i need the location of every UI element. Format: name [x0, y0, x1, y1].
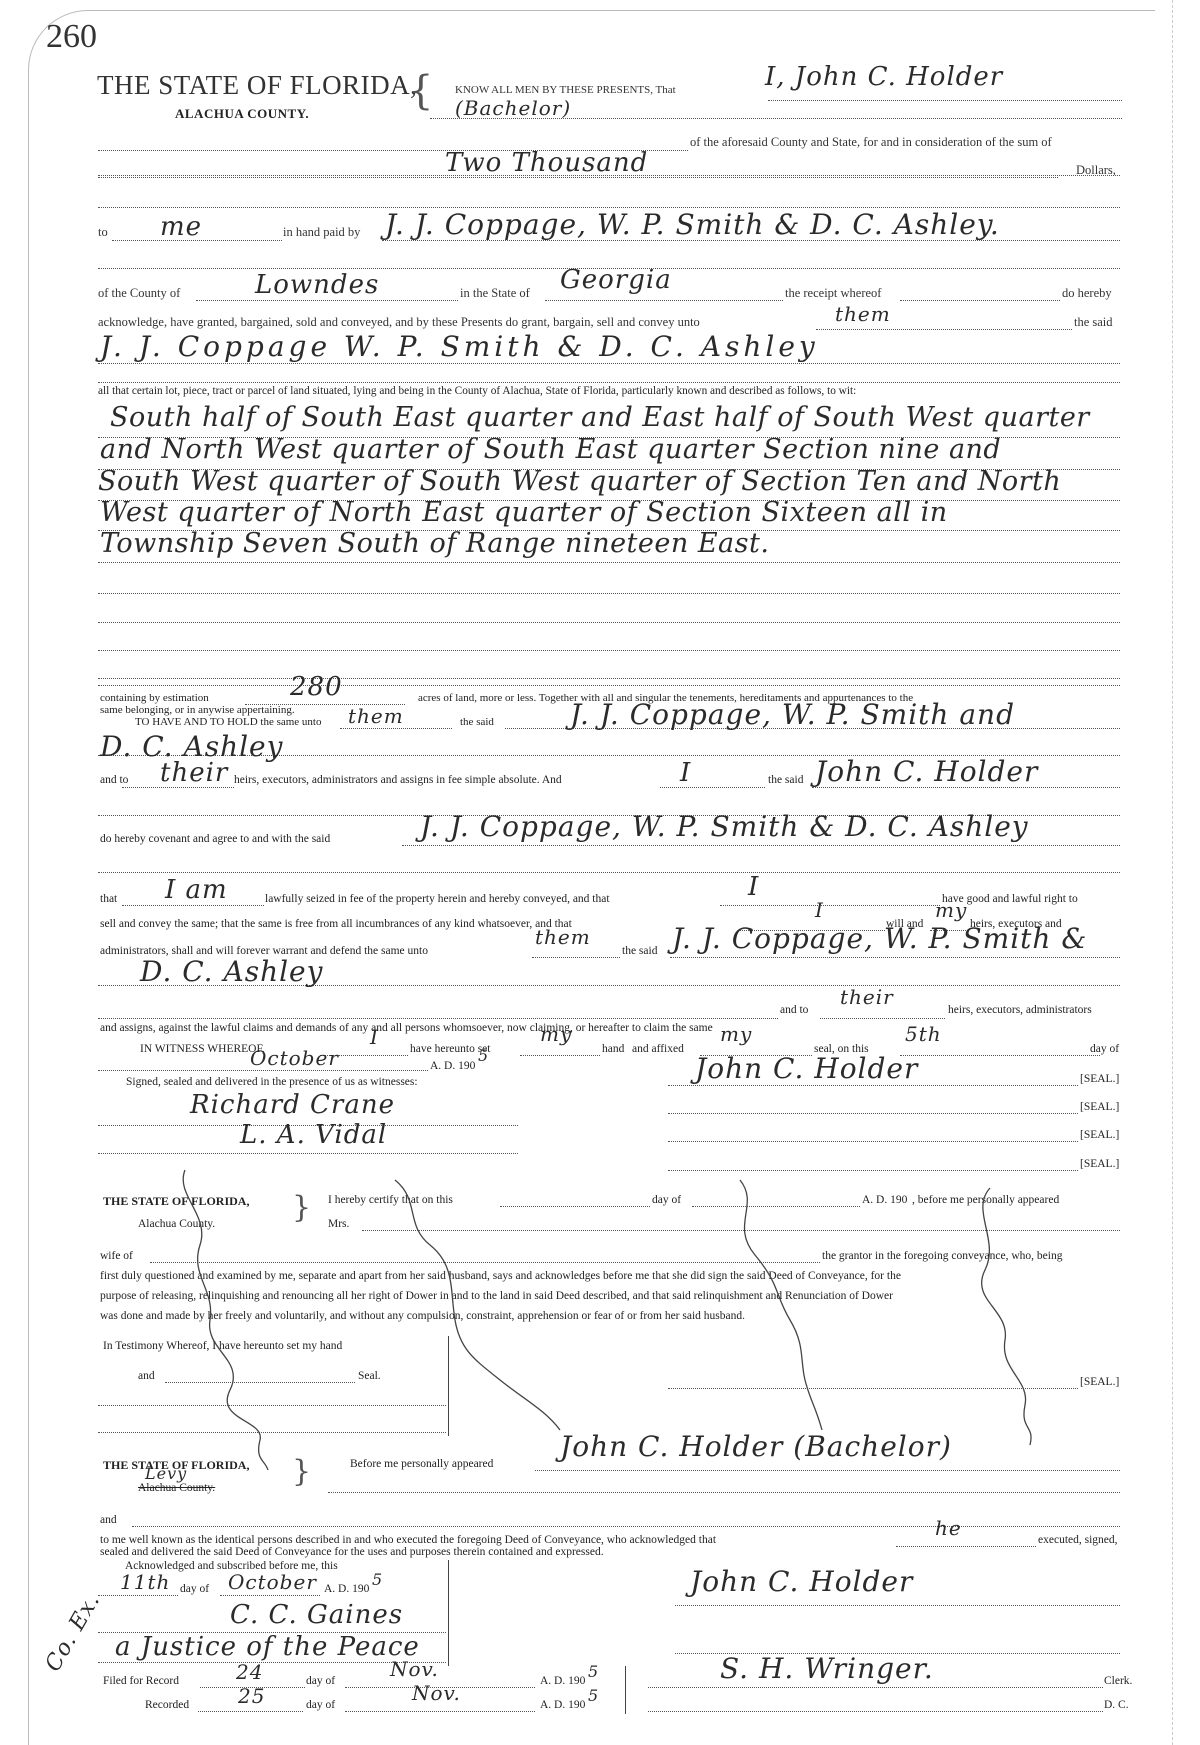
ack-month-handwriting: October	[228, 1570, 317, 1594]
rec-day-line	[198, 1711, 303, 1712]
ack-grantor-signature: John C. Holder	[690, 1565, 913, 1598]
before-me-text: Before me personally appeared	[350, 1458, 493, 1470]
ack-signature-line	[675, 1605, 1120, 1606]
filed-year-handwriting: 5	[588, 1662, 599, 1681]
appeared-line	[535, 1470, 1120, 1471]
dc-label: D. C.	[1104, 1699, 1129, 1711]
day-of-label: day of	[180, 1583, 209, 1595]
recorded-label: Recorded	[145, 1699, 189, 1711]
line	[328, 1492, 1120, 1493]
bracket	[448, 1560, 449, 1666]
executed-label: executed, signed,	[1038, 1534, 1118, 1546]
filed-month-handwriting: Nov.	[390, 1657, 439, 1681]
officer-signature: C. C. Gaines	[230, 1600, 403, 1630]
rec-month-handwriting: Nov.	[412, 1681, 461, 1705]
ack-county: Alachua County.	[138, 1482, 215, 1494]
appeared-handwriting: John C. Holder (Bachelor)	[560, 1430, 952, 1463]
clerk-line	[648, 1687, 1103, 1688]
clerk-signature: S. H. Wringer.	[720, 1652, 934, 1685]
day-of-label: day of	[306, 1699, 335, 1711]
county-correction-handwriting: Levy	[145, 1464, 187, 1483]
bracket	[625, 1666, 626, 1714]
ack-day-line	[98, 1595, 178, 1596]
ack-day-handwriting: 11th	[120, 1570, 170, 1594]
filed-label: Filed for Record	[103, 1675, 179, 1687]
and-line	[132, 1526, 1120, 1527]
rec-year-handwriting: 5	[588, 1686, 599, 1705]
rec-day-handwriting: 25	[238, 1684, 265, 1708]
day-of-label: day of	[306, 1675, 335, 1687]
rec-month-line	[345, 1711, 535, 1712]
he-line	[896, 1546, 1036, 1547]
ack-month-line	[220, 1595, 320, 1596]
brace: }	[292, 1454, 311, 1489]
officer-title-handwriting: a Justice of the Peace	[115, 1632, 420, 1662]
ack-year-handwriting: 5	[372, 1570, 383, 1589]
filed-day-handwriting: 24	[236, 1660, 263, 1684]
dc-line	[648, 1711, 1103, 1712]
sealed-text: sealed and delivered the said Deed of Co…	[100, 1546, 604, 1558]
ad-label: A. D. 190	[324, 1583, 369, 1595]
he-handwriting: he	[935, 1516, 962, 1540]
ad-label: A. D. 190	[540, 1675, 585, 1687]
well-known-text: to me well known as the identical person…	[100, 1534, 716, 1546]
clerk-label: Clerk.	[1104, 1675, 1132, 1687]
and-label: and	[100, 1514, 117, 1526]
ad-label: A. D. 190	[540, 1699, 585, 1711]
